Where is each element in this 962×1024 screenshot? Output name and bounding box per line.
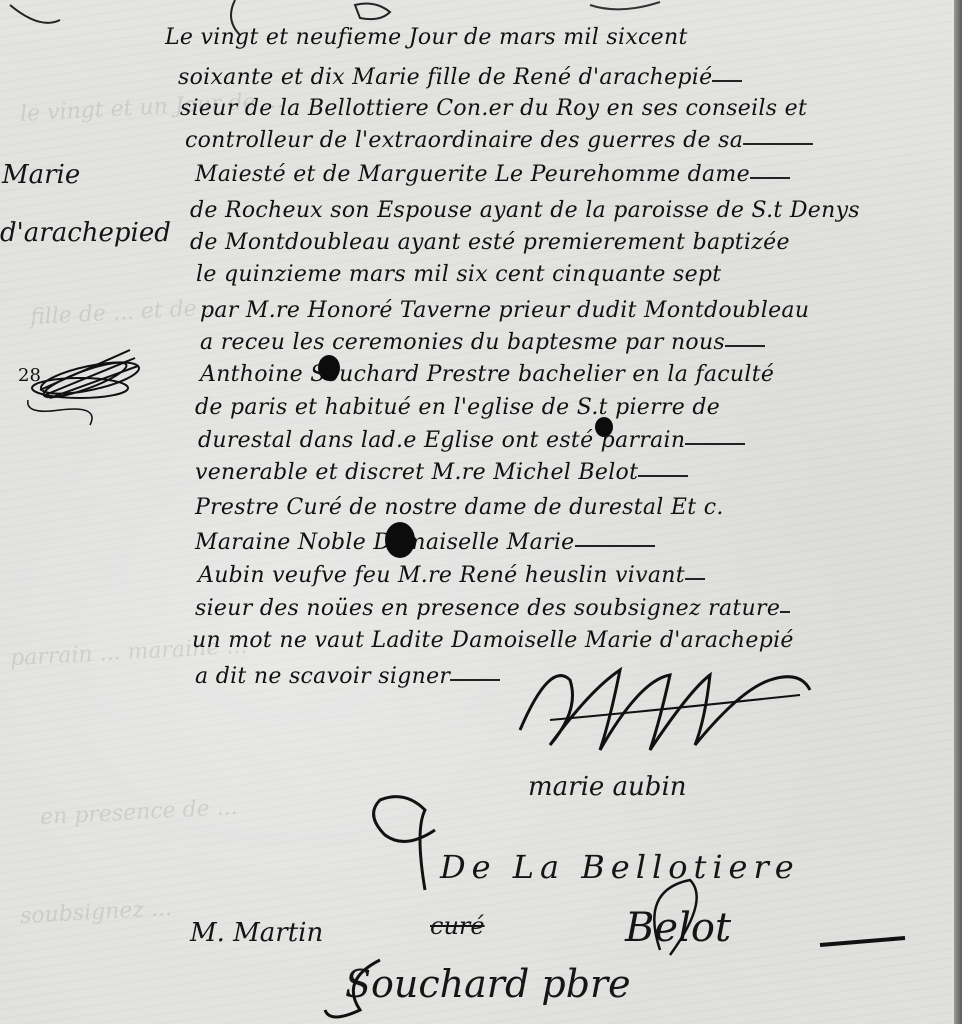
ink-blot bbox=[385, 522, 415, 558]
signature-souchard-loop bbox=[320, 950, 400, 1024]
register-line: a dit ne scavoir signer bbox=[195, 664, 450, 689]
register-line: soixante et dix Marie fille de René d'ar… bbox=[178, 65, 712, 90]
bleed-through-text: en presence de ... bbox=[39, 795, 238, 830]
scanned-register-page: le vingt et un Jour de ... fille de ... … bbox=[0, 0, 962, 1024]
register-line: sieur des noües en presence des soubsign… bbox=[195, 596, 780, 621]
margin-name-first: Marie bbox=[2, 160, 80, 190]
signature-cure-crossed: curé bbox=[430, 912, 485, 940]
ink-blot bbox=[318, 355, 340, 381]
register-line: par M.re Honoré Taverne prieur dudit Mon… bbox=[200, 298, 809, 323]
bleed-through-text: soubsignez ... bbox=[19, 896, 172, 929]
bleed-through-text: fille de ... et de ... bbox=[29, 295, 225, 330]
margin-name-surname: d'arachepied bbox=[0, 218, 171, 248]
register-line: Prestre Curé de nostre dame de durestal … bbox=[195, 495, 724, 520]
register-line: controlleur de l'extraordinaire des guer… bbox=[185, 128, 743, 153]
register-line: de Rocheux son Espouse ayant de la paroi… bbox=[190, 198, 860, 223]
signature-belot-tail bbox=[600, 870, 920, 960]
margin-paraphe-scribble bbox=[20, 340, 150, 430]
page-binding-edge bbox=[954, 0, 962, 1024]
register-line: de paris et habitué en l'eglise de S.t p… bbox=[195, 395, 720, 420]
register-line: Maiesté et de Marguerite Le Peurehomme d… bbox=[195, 162, 750, 187]
register-line: Anthoine Souchard Prestre bachelier en l… bbox=[200, 362, 774, 387]
register-line: durestal dans lad.e Eglise ont esté parr… bbox=[198, 428, 685, 453]
signature-flourish-belot bbox=[510, 650, 830, 760]
signature-marie-aubin: marie aubin bbox=[528, 772, 687, 802]
register-line: sieur de la Bellottiere Con.er du Roy en… bbox=[180, 96, 807, 121]
register-line: de Montdoubleau ayant esté premierement … bbox=[190, 230, 790, 255]
register-line: Aubin veufve feu M.re René heuslin vivan… bbox=[198, 563, 685, 588]
register-line: a receu les ceremonies du baptesme par n… bbox=[200, 330, 725, 355]
register-line: le quinzieme mars mil six cent cinquante… bbox=[196, 262, 721, 287]
register-line: Le vingt et neufieme Jour de mars mil si… bbox=[165, 25, 688, 50]
register-line: venerable et discret M.re Michel Belot bbox=[195, 460, 638, 485]
signature-m-martin: M. Martin bbox=[190, 918, 323, 948]
ink-blot bbox=[595, 417, 613, 437]
